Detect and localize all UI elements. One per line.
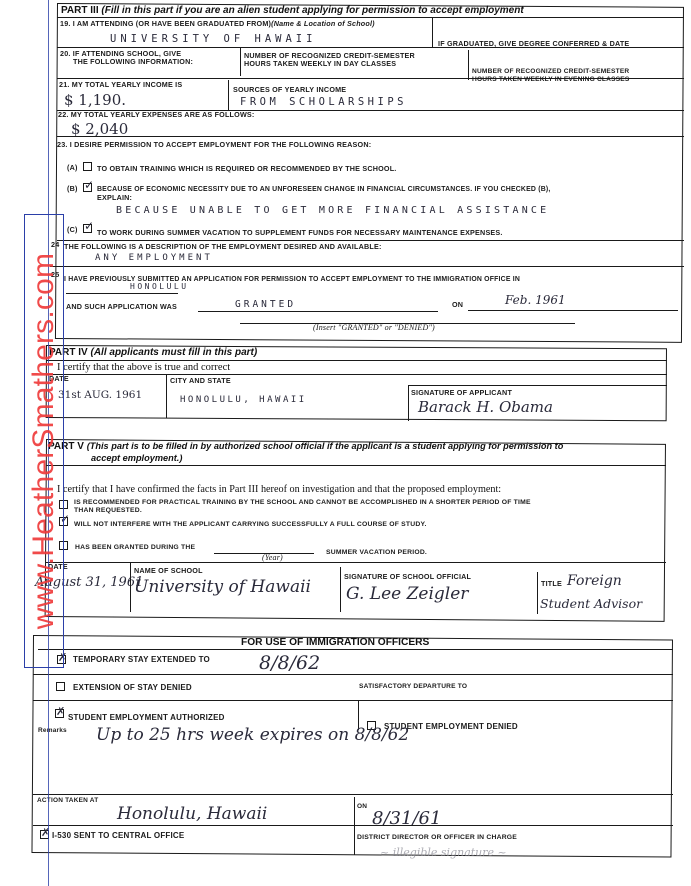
divider: [46, 374, 667, 375]
part5-header: PART V (This part is to be filled in by …: [48, 441, 563, 452]
part5-official-sig-label: SIGNATURE OF SCHOOL OFFICIAL: [344, 573, 471, 581]
q23-c-text: TO WORK DURING SUMMER VACATION TO SUPPLE…: [97, 229, 503, 237]
q20-day-label-2: HOURS TAKEN WEEKLY IN DAY CLASSES: [244, 60, 396, 68]
part5-official-sig-value[interactable]: G. Lee Zeigler: [346, 584, 468, 604]
employment-authorized-checkbox[interactable]: [55, 709, 64, 718]
q24-label: THE FOLLOWING IS A DESCRIPTION OF THE EM…: [64, 243, 382, 251]
extension-denied-label: EXTENSION OF STAY DENIED: [73, 684, 192, 692]
part5-opt1-line1: IS RECOMMENDED FOR PRACTICAL TRAINING BY…: [74, 499, 531, 507]
q25-status-line: [198, 311, 438, 312]
employment-authorized-label: STUDENT EMPLOYMENT AUTHORIZED: [68, 714, 225, 722]
part4-header-note: (All applicants must fill in this part): [91, 347, 258, 358]
action-label: ACTION TAKEN AT: [37, 797, 98, 805]
divider: [38, 649, 673, 650]
part5-title-value-1[interactable]: Foreign: [567, 573, 622, 589]
part4-city-value[interactable]: HONOLULU, HAWAII: [180, 395, 307, 405]
q25-date-value[interactable]: Feb. 1961: [505, 293, 566, 307]
remarks-label: Remarks: [38, 727, 67, 735]
divider: [57, 240, 684, 241]
q23-c-checkbox[interactable]: [83, 224, 92, 233]
divider: [33, 825, 673, 826]
q21-sources-value[interactable]: FROM SCHOLARSHIPS: [240, 96, 407, 108]
divider: [33, 700, 673, 701]
part4-date-value[interactable]: 31st AUG. 1961: [58, 389, 142, 401]
departure-label: SATISFACTORY DEPARTURE TO: [359, 683, 467, 691]
q25-status-value[interactable]: GRANTED: [235, 299, 296, 310]
part5-header-note-2: accept employment.): [91, 453, 182, 464]
part4-city-label: CITY AND STATE: [170, 377, 231, 385]
divider: [46, 465, 666, 466]
q23-b-checkbox[interactable]: [83, 183, 92, 192]
q23-b-explain-label: EXPLAIN:: [97, 194, 132, 202]
part5-opt2-text: WILL NOT INTERFERE WITH THE APPLICANT CA…: [74, 521, 427, 529]
part5-certify: I certify that I have confirmed the fact…: [57, 484, 501, 495]
watermark-text: www.HeatherSmathers.com: [27, 253, 61, 629]
part4-signature-value[interactable]: Barack H. Obama: [418, 398, 553, 416]
divider: [50, 266, 684, 267]
q21-income-value[interactable]: $ 1,190.: [64, 91, 126, 109]
divider: [57, 78, 684, 79]
divider: [468, 50, 469, 80]
divider: [408, 385, 667, 386]
q21-label: 21. MY TOTAL YEARLY INCOME IS: [59, 81, 182, 89]
q25-insert-note: (Insert "GRANTED" or "DENIED"): [313, 324, 435, 332]
q25-note-line: [240, 323, 575, 324]
q23-a-prefix: (A): [67, 164, 78, 172]
part4-signature-label: SIGNATURE OF APPLICANT: [411, 389, 512, 397]
part3-header-note: (Fill in this part if you are an alien s…: [101, 5, 523, 16]
extension-denied-checkbox[interactable]: [56, 682, 65, 691]
director-signature[interactable]: ~ illegible signature ~: [380, 846, 507, 859]
part5-opt1-line2: THAN REQUESTED.: [74, 507, 142, 515]
divider: [130, 562, 131, 612]
q19-school-value[interactable]: UNIVERSITY OF HAWAII: [110, 33, 316, 45]
divider: [33, 674, 673, 675]
q23-a-text: TO OBTAIN TRAINING WHICH IS REQUIRED OR …: [97, 165, 397, 173]
divider: [57, 136, 684, 137]
q25-office-value[interactable]: HONOLULU: [130, 282, 189, 291]
q23-b-text: BECAUSE OF ECONOMIC NECESSITY DUE TO AN …: [97, 186, 550, 194]
part5-title-value-2[interactable]: Student Advisor: [540, 596, 642, 611]
part5-school-label: NAME OF SCHOOL: [134, 567, 203, 575]
part5-header-note-1: (This part is to be filled in by authori…: [87, 441, 564, 451]
q23-label: 23. I DESIRE PERMISSION TO ACCEPT EMPLOY…: [57, 141, 371, 149]
q23-a-checkbox[interactable]: [83, 162, 92, 171]
part4-header: PART IV (All applicants must fill in thi…: [49, 347, 257, 358]
q25-such-label: AND SUCH APPLICATION WAS: [66, 303, 177, 311]
divider: [240, 48, 241, 76]
q21-sources-label: SOURCES OF YEARLY INCOME: [233, 86, 346, 94]
divider: [354, 797, 355, 855]
i530-label: I-530 SENT TO CENTRAL OFFICE: [52, 832, 184, 840]
part4-certify: I certify that the above is true and cor…: [57, 362, 230, 373]
q23-b-prefix: (B): [67, 185, 78, 193]
q23-c-prefix: (C): [67, 226, 78, 234]
divider: [46, 562, 666, 563]
on-label: ON: [357, 803, 367, 811]
temp-stay-value[interactable]: 8/8/62: [259, 652, 320, 674]
divider: [46, 360, 667, 361]
immigration-header: FOR USE OF IMMIGRATION OFFICERS: [241, 637, 429, 648]
director-label: DISTRICT DIRECTOR OR OFFICER IN CHARGE: [357, 834, 517, 842]
part3-header: PART III (Fill in this part if you are a…: [61, 5, 524, 16]
part5-title-label: TITLE: [541, 580, 562, 588]
divider: [408, 385, 409, 421]
divider: [57, 47, 684, 48]
q25-date-line: [468, 310, 678, 311]
q22-label: 22. MY TOTAL YEARLY EXPENSES ARE AS FOLL…: [58, 111, 255, 119]
divider: [228, 80, 229, 110]
q20-label-2: THE FOLLOWING INFORMATION:: [73, 58, 193, 66]
divider: [432, 17, 433, 47]
temp-stay-label: TEMPORARY STAY EXTENDED TO: [73, 656, 210, 664]
divider: [340, 567, 341, 612]
part5-opt3-post: SUMMER VACATION PERIOD.: [326, 549, 427, 557]
remarks-value[interactable]: Up to 25 hrs week expires on 8/8/62: [96, 725, 409, 745]
q19-label-text: 19. I AM ATTENDING (OR HAVE BEEN GRADUAT…: [60, 19, 271, 28]
form-page: PART III (Fill in this part if you are a…: [0, 0, 691, 886]
divider: [57, 17, 684, 18]
q19-note: (Name & Location of School): [271, 19, 375, 28]
part5-school-value[interactable]: University of Hawaii: [134, 577, 311, 597]
part3-header-title: PART III: [61, 5, 99, 16]
divider: [33, 794, 673, 795]
q25-office-line: [66, 293, 178, 294]
divider: [537, 572, 538, 614]
action-value[interactable]: Honolulu, Hawaii: [117, 804, 267, 824]
q19-label: 19. I AM ATTENDING (OR HAVE BEEN GRADUAT…: [60, 20, 375, 28]
q20-evening-label-1: NUMBER OF RECOGNIZED CREDIT-SEMESTER: [472, 68, 629, 76]
q23-b-explain-value[interactable]: BECAUSE UNABLE TO GET MORE FINANCIAL ASS…: [116, 205, 549, 216]
q24-employment-value[interactable]: ANY EMPLOYMENT: [95, 253, 213, 263]
divider: [166, 374, 167, 418]
part5-opt3-year: (Year): [262, 554, 283, 562]
part5-opt3-pre: HAS BEEN GRANTED DURING THE: [75, 544, 195, 552]
q25-on-label: ON: [452, 301, 463, 309]
